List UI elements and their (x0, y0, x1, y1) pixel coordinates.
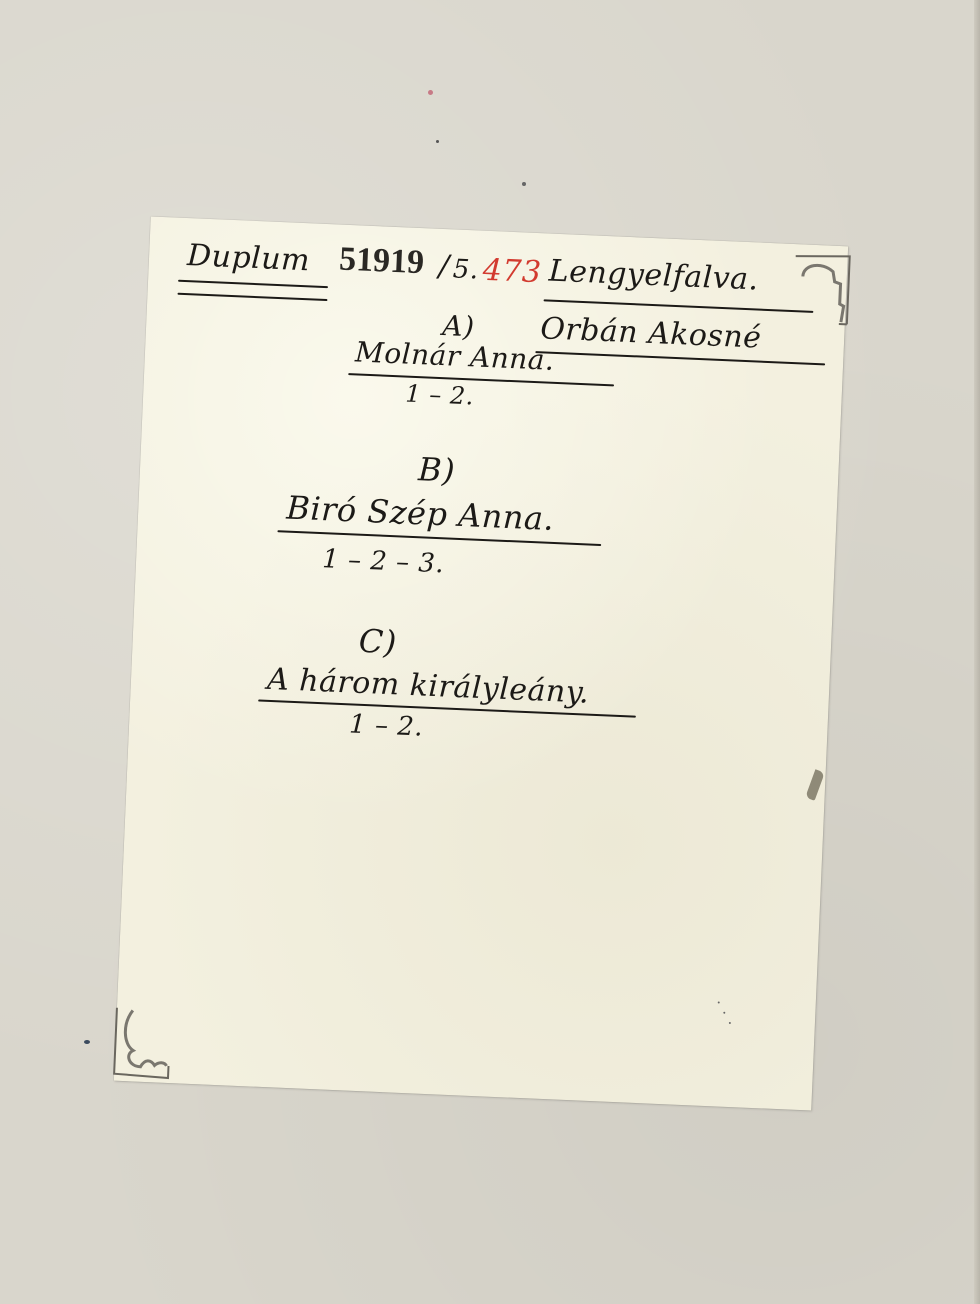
duplum-label: Duplum (186, 238, 310, 278)
place-underline (544, 299, 814, 312)
corner-mark-bottom-left (110, 1004, 177, 1083)
red-catalogue-number: 473 (482, 253, 542, 290)
sub-number: 5. (452, 254, 479, 285)
section-a-title-line1: Orbán Akosné (540, 311, 763, 355)
separator: / (438, 249, 450, 284)
mount-speck (84, 1040, 90, 1044)
section-a-underline-1 (535, 351, 825, 365)
place-name: Lengyelfalva. (548, 254, 759, 298)
card-speck (718, 1001, 720, 1003)
mount-speck (436, 140, 439, 143)
section-b-numbers: 1 – 2 – 3. (322, 544, 445, 579)
mount-speck (428, 90, 433, 95)
section-a-numbers: 1 – 2. (405, 380, 475, 411)
duplum-underline-2 (177, 293, 327, 301)
section-a-underline-2 (348, 373, 614, 386)
mount-edge (974, 0, 980, 1304)
stamp-number: 51919 (338, 241, 425, 283)
corner-mark-top-right (789, 250, 856, 329)
section-a-title-line2: Molnár Anna. (355, 335, 556, 376)
card-speck (729, 1022, 731, 1024)
mount-speck (522, 182, 526, 186)
section-c-marker: C) (358, 622, 398, 662)
section-c-numbers: 1 – 2. (349, 709, 424, 742)
section-b-title: Biró Szép Anna. (286, 489, 555, 538)
catalogue-card: Duplum 51919 / 5. 473 Lengyelfalva. A) O… (114, 216, 848, 1110)
duplum-underline-1 (178, 280, 328, 288)
section-b-marker: B) (417, 450, 456, 490)
section-a-marker: A) (442, 309, 476, 343)
card-speck (723, 1012, 725, 1014)
